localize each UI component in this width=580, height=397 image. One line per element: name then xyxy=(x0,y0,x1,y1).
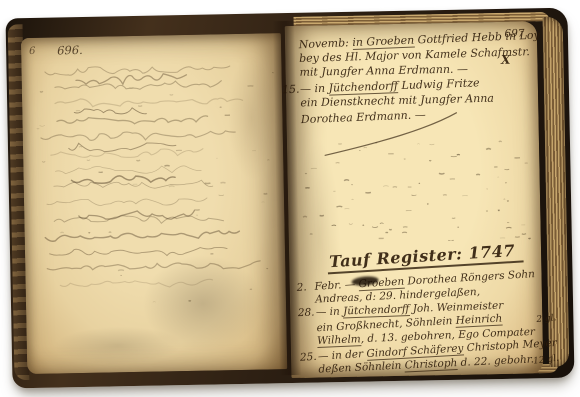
ink-bleed-specks xyxy=(299,139,531,243)
baptism-register-entries: 2.Febr. — Groeben Dorothea Röngers SohnA… xyxy=(314,268,540,376)
right-page: 697. X Novemb: in Groeben Gottfried Hebb… xyxy=(285,21,544,378)
day-number: 25. xyxy=(300,350,317,365)
day-number: 15. xyxy=(282,82,300,98)
left-corner-mark: 6 xyxy=(29,46,36,57)
left-page-number: 696. xyxy=(57,43,83,57)
day-number: 28. xyxy=(298,306,315,321)
left-page: 6 696. xyxy=(21,33,287,374)
open-book: 6 696. 697. X Novemb: in Groeben Gottfri… xyxy=(6,8,575,389)
manuscript-photo: 6 696. 697. X Novemb: in Groeben Gottfri… xyxy=(0,0,580,397)
margin-note-fee: 2 gl. xyxy=(536,313,557,325)
day-number: 2. xyxy=(296,280,307,295)
faded-handwriting xyxy=(31,57,279,362)
